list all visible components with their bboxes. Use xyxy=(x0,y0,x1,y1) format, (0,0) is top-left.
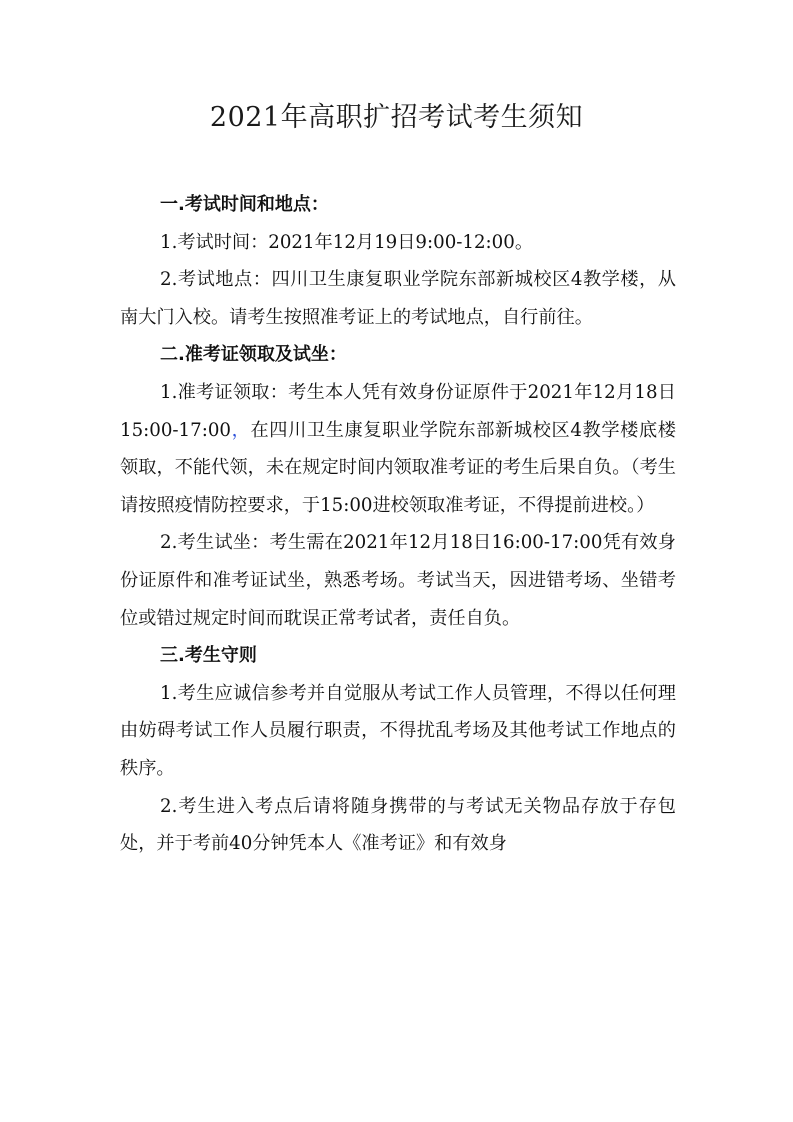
highlight-comma: ， xyxy=(231,420,250,441)
section-heading-admission-ticket: 二.准考证领取及试坐： xyxy=(120,336,676,374)
paragraph-exam-time: 1.考试时间：2021年12月19日9:00-12:00。 xyxy=(120,224,676,262)
paragraph-rule-1: 1.考生应诚信参考并自觉服从考试工作人员管理，不得以任何理由妨碍考试工作人员履行… xyxy=(120,675,676,788)
paragraph-trial-seating: 2.考生试坐：考生需在2021年12月18日16:00-17:00凭有效身份证原… xyxy=(120,524,676,637)
paragraph-rule-2: 2.考生进入考点后请将随身携带的与考试无关物品存放于存包处，并于考前40分钟凭本… xyxy=(120,788,676,863)
section-heading-time-location: 一.考试时间和地点： xyxy=(120,186,676,224)
document-page: 2021年高职扩招考试考生须知 一.考试时间和地点： 1.考试时间：2021年1… xyxy=(0,0,793,1122)
document-body: 一.考试时间和地点： 1.考试时间：2021年12月19日9:00-12:00。… xyxy=(120,186,676,863)
document-title: 2021年高职扩招考试考生须知 xyxy=(0,98,793,138)
paragraph-exam-location: 2.考试地点：四川卫生康复职业学院东部新城校区4教学楼，从南大门入校。请考生按照… xyxy=(120,261,676,336)
section-heading-candidate-rules: 三.考生守则 xyxy=(120,637,676,675)
paragraph-ticket-pickup: 1.准考证领取：考生本人凭有效身份证原件于2021年12月18日15:00-17… xyxy=(120,374,676,524)
